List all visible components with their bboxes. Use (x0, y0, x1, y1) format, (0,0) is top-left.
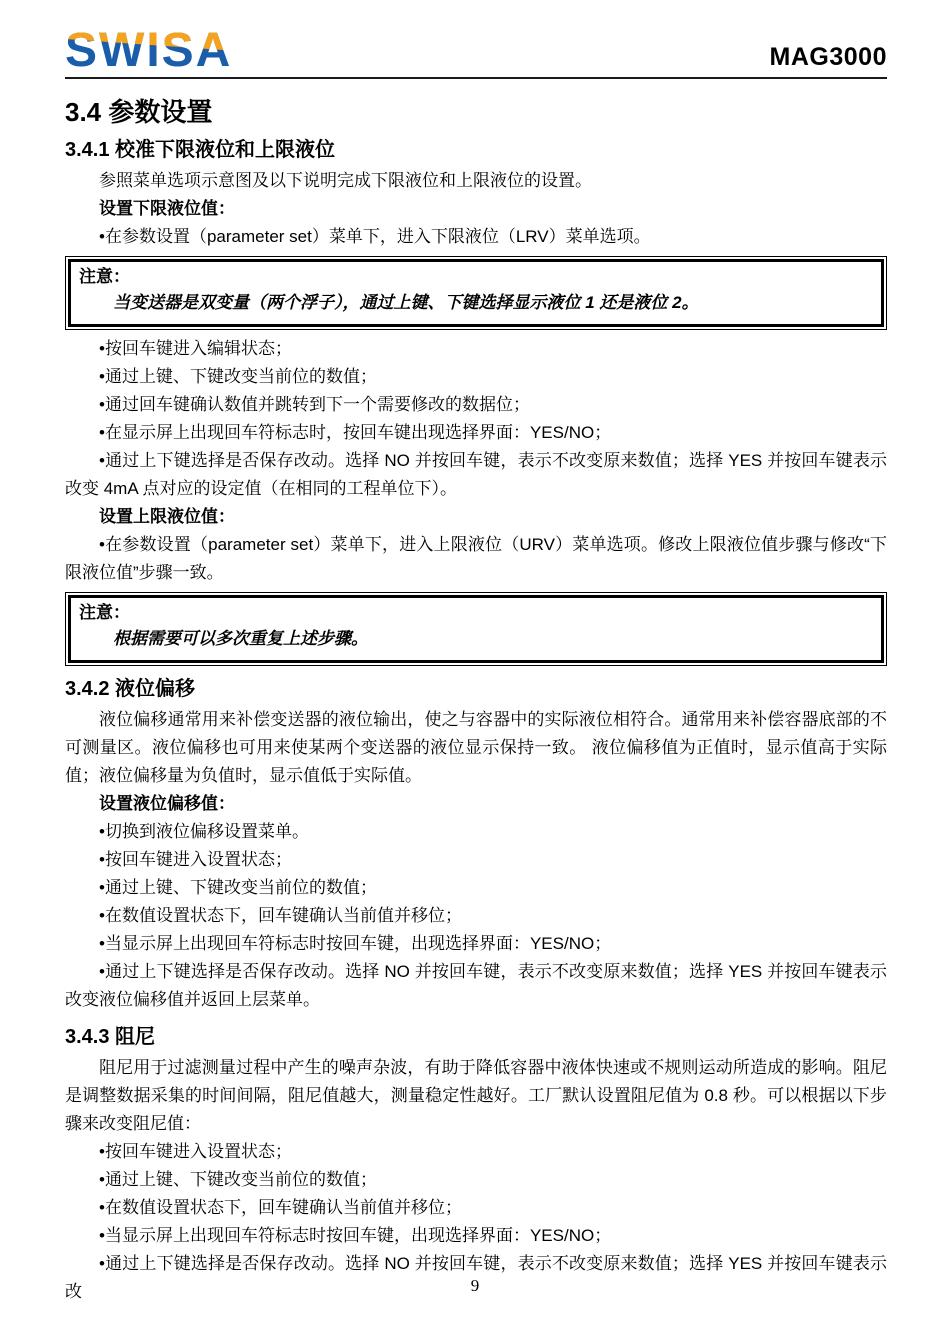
bullet-item: •在显示屏上出现回车符标志时，按回车键出现选择界面：YES/NO； (65, 419, 887, 447)
bullet-item: •在参数设置（parameter set）菜单下，进入下限液位（LRV）菜单选项… (65, 223, 887, 251)
bullet-item: •通过上下键选择是否保存改动。选择 NO 并按回车键，表示不改变原来数值；选择 … (65, 958, 887, 1014)
bullet-item: •通过上键、下键改变当前位的数值； (65, 874, 887, 902)
note-label: 注意： (79, 600, 871, 626)
bullet-item: •在数值设置状态下，回车键确认当前值并移位； (65, 902, 887, 930)
bullet-item: •当显示屏上出现回车符标志时按回车键，出现选择界面：YES/NO； (65, 1222, 887, 1250)
bullet-item: •按回车键进入设置状态； (65, 846, 887, 874)
bullet-item: •通过上键、下键改变当前位的数值； (65, 363, 887, 391)
bullet-item: •按回车键进入设置状态； (65, 1138, 887, 1166)
note-box-1: 注意： 当变送器是双变量（两个浮子），通过上键、下键选择显示液位 1 还是液位 … (65, 256, 887, 330)
bullet-item: •切换到液位偏移设置菜单。 (65, 818, 887, 846)
bullet-item: •通过上键、下键改变当前位的数值； (65, 1166, 887, 1194)
subsection-heading-3-4-3: 3.4.3 阻尼 (65, 1024, 887, 1050)
subheading-set-lrv: 设置下限液位值： (65, 195, 887, 223)
subsection-heading-3-4-1: 3.4.1 校准下限液位和上限液位 (65, 137, 887, 163)
manual-page: SWISA SWISA MAG3000 3.4 参数设置 3.4.1 校准下限液… (0, 0, 950, 1344)
bullet-item: •通过回车键确认数值并跳转到下一个需要修改的数据位； (65, 391, 887, 419)
note-box-2-inner: 注意： 根据需要可以多次重复上述步骤。 (68, 595, 884, 663)
bullet-item: •在数值设置状态下，回车键确认当前值并移位； (65, 1194, 887, 1222)
note-box-2: 注意： 根据需要可以多次重复上述步骤。 (65, 592, 887, 666)
note-text: 根据需要可以多次重复上述步骤。 (79, 626, 871, 652)
swisa-logo: SWISA SWISA (65, 20, 265, 74)
page-number: 9 (0, 1276, 950, 1296)
subsection-heading-3-4-2: 3.4.2 液位偏移 (65, 676, 887, 702)
note-text: 当变送器是双变量（两个浮子），通过上键、下键选择显示液位 1 还是液位 2。 (79, 290, 871, 316)
product-model: MAG3000 (770, 45, 887, 74)
note-label: 注意： (79, 264, 871, 290)
bullet-item: •当显示屏上出现回车符标志时按回车键，出现选择界面：YES/NO； (65, 930, 887, 958)
bullet-item: •在参数设置（parameter set）菜单下，进入上限液位（URV）菜单选项… (65, 531, 887, 587)
bullet-item: •通过上下键选择是否保存改动。选择 NO 并按回车键，表示不改变原来数值；选择 … (65, 447, 887, 503)
bullet-item: •按回车键进入编辑状态； (65, 335, 887, 363)
body-paragraph: 液位偏移通常用来补偿变送器的液位输出，使之与容器中的实际液位相符合。通常用来补偿… (65, 706, 887, 790)
body-paragraph: 阻尼用于过滤测量过程中产生的噪声杂波，有助于降低容器中液体快速或不规则运动所造成… (65, 1054, 887, 1138)
section-title-3-4: 3.4 参数设置 (65, 97, 887, 127)
subheading-set-urv: 设置上限液位值： (65, 503, 887, 531)
intro-paragraph: 参照菜单选项示意图及以下说明完成下限液位和上限液位的设置。 (65, 167, 887, 195)
page-header: SWISA SWISA MAG3000 (65, 14, 887, 79)
subheading-set-offset: 设置液位偏移值： (65, 790, 887, 818)
note-box-1-inner: 注意： 当变送器是双变量（两个浮子），通过上键、下键选择显示液位 1 还是液位 … (68, 259, 884, 327)
